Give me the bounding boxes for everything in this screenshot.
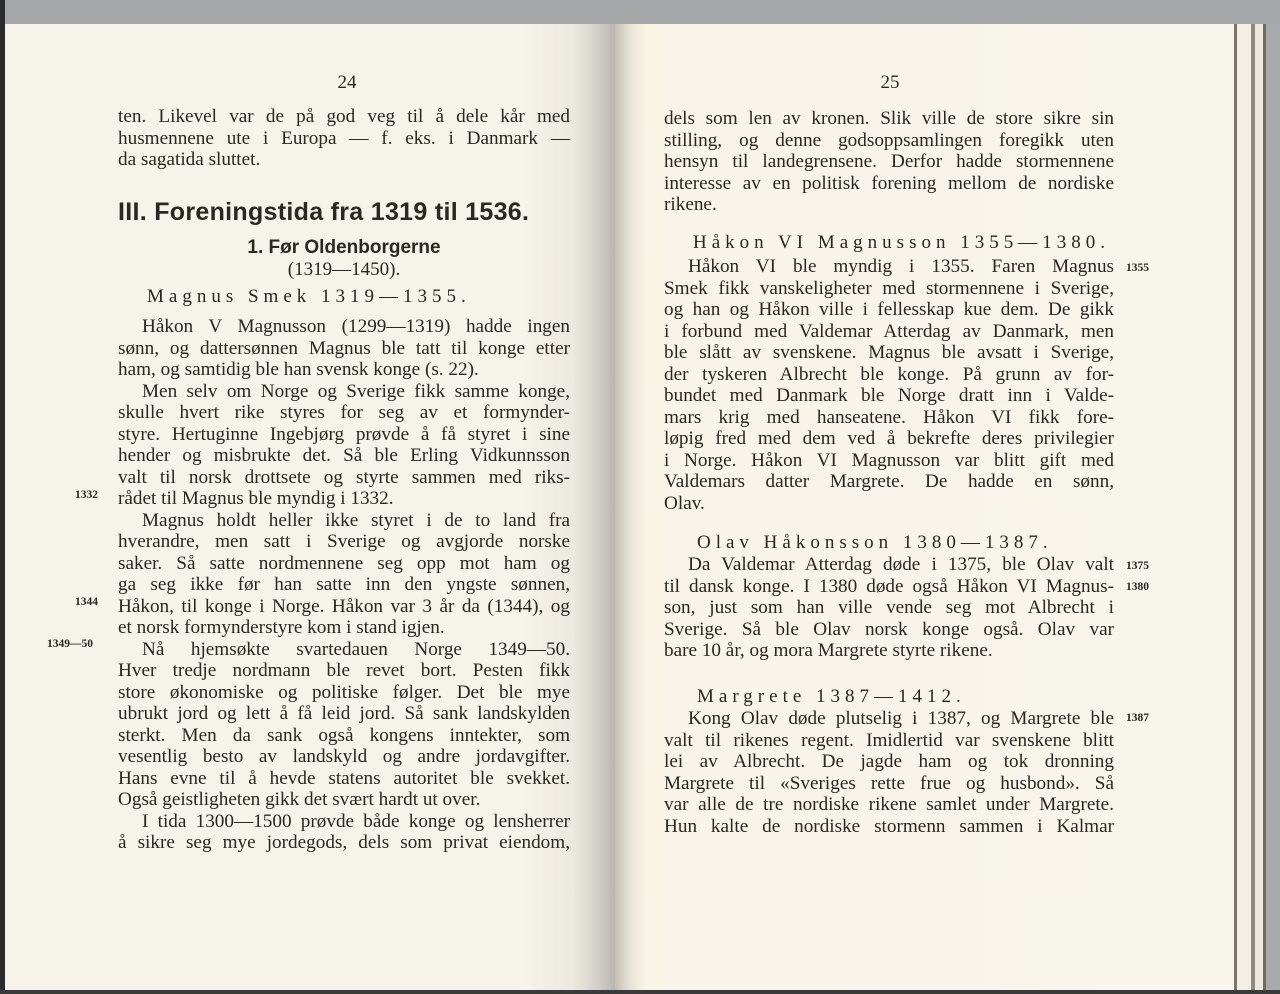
margin-note-year: 1349—50	[47, 638, 93, 650]
text-line: ubrukt jord og lett å få leid jord. Så s…	[118, 703, 570, 725]
text-line: hender og misbrukte det. Så ble Erling V…	[118, 445, 570, 467]
text-line: I tida 1300—1500 prøvde både konge og le…	[118, 811, 570, 833]
text-line: Da Valdemar Atterdag døde i 1375, ble Ol…	[664, 554, 1114, 576]
section-title: 1. Før Oldenborgerne	[118, 237, 570, 259]
text-line: vesentlig besto av landskyld og andre jo…	[118, 746, 570, 768]
scan-background-right	[1266, 24, 1280, 990]
text-line: rådet til Magnus ble myndig i 1332.	[118, 488, 570, 510]
text-line: hensyn til landegrensene. Derfor hadde s…	[664, 151, 1114, 173]
text-line: ham, og samtidig ble han svensk konge (s…	[118, 359, 570, 381]
margin-note-year: 1380	[1126, 581, 1149, 593]
section-dates: (1319—1450).	[118, 259, 570, 281]
chapter-title: III. Foreningstida fra 1319 til 1536.	[118, 198, 529, 227]
text-line: store økonomiske og politiske følger. De…	[118, 682, 570, 704]
left-body-text: Håkon V Magnusson (1299—1319) hadde inge…	[118, 316, 570, 854]
text-line: var alle de tre nordiske rikene samlet u…	[664, 794, 1114, 816]
page-edge	[1237, 24, 1251, 990]
scan-background-top	[0, 0, 1280, 24]
margin-note-year: 1332	[75, 489, 98, 501]
margin-note-year: 1344	[75, 596, 98, 608]
right-opening-paragraph: dels som len av kronen. Slik ville de st…	[664, 108, 1114, 216]
subsection-title: Håkon VI Magnusson 1355—1380.	[693, 232, 1110, 254]
text-line: i Norge. Håkon VI Magnusson var blitt gi…	[664, 450, 1114, 472]
section-body: Da Valdemar Atterdag døde i 1375, ble Ol…	[664, 554, 1114, 662]
margin-note-year: 1375	[1126, 560, 1149, 572]
text-line: hverandre, men satt i Sverige og avgjord…	[118, 531, 570, 553]
margin-note-year: 1355	[1126, 262, 1149, 274]
page-number-right: 25	[860, 72, 920, 94]
text-line: bundet med Danmark ble Norge dratt inn i…	[664, 385, 1114, 407]
text-line: Magnus holdt heller ikke styret i de to …	[118, 510, 570, 532]
text-line: der tyskeren Albrecht ble konge. På grun…	[664, 364, 1114, 386]
text-line: Nå hjemsøkte svartedauen Norge 1349—50.	[118, 639, 570, 661]
text-line: og han og Håkon ville i fellesskap kue d…	[664, 299, 1114, 321]
margin-note-year: 1387	[1126, 712, 1149, 724]
subsection-title: Margrete 1387—1412.	[697, 686, 966, 708]
text-line: bare 10 år, og mora Margrete styrte rike…	[664, 640, 1114, 662]
text-line: son, just som han ville vende seg mot Al…	[664, 597, 1114, 619]
text-line: i forbund med Valdemar Atterdag av Danma…	[664, 321, 1114, 343]
subsection-title: Olav Håkonsson 1380—1387.	[697, 532, 1053, 554]
text-line: Hun kalte de nordiske stormenn sammen i …	[664, 816, 1114, 838]
text-line: saker. Så satte nordmennene seg opp mot …	[118, 553, 570, 575]
section-body: Håkon VI ble myndig i 1355. Faren Magnus…	[664, 256, 1114, 514]
text-line: Sverige. Så ble Olav norsk konge også. O…	[664, 619, 1114, 641]
text-line: Hans evne til å hevde statens autoritet …	[118, 768, 570, 790]
subsection-title: Magnus Smek 1319—1355.	[147, 286, 471, 308]
text-line: et norsk formynderstyre kom i stand igje…	[118, 617, 570, 639]
page-number-left: 24	[317, 72, 377, 94]
text-line: å sikre seg mye jordegods, dels som priv…	[118, 832, 570, 854]
text-line: sønn, og dattersønnen Magnus ble tatt ti…	[118, 338, 570, 360]
text-line: Hver tredje nordmann ble revet bort. Pes…	[118, 660, 570, 682]
text-line: Olav.	[664, 493, 1114, 515]
text-line: rikene.	[664, 194, 1114, 216]
text-line: styre. Hertuginne Ingebjørg prøvde å få …	[118, 424, 570, 446]
text-line: mars krig med hanseatene. Håkon VI fikk …	[664, 407, 1114, 429]
left-opening-paragraph: ten. Likevel var de på god veg til å del…	[118, 106, 570, 171]
text-line: sterkt. Men da sank også kongens inntekt…	[118, 725, 570, 747]
text-line: ga seg ikke før han satte inn den yngste…	[118, 574, 570, 596]
text-line: ten. Likevel var de på god veg til å del…	[118, 106, 570, 128]
scan-background-bottom	[0, 990, 1280, 994]
text-line: Kong Olav døde plutselig i 1387, og Marg…	[664, 708, 1114, 730]
text-line: ble slått av svenskene. Magnus ble avsat…	[664, 342, 1114, 364]
text-line: til dansk konge. I 1380 døde også Håkon …	[664, 576, 1114, 598]
text-line: Margrete til «Sveriges rette frue og hus…	[664, 773, 1114, 795]
text-line: Håkon VI ble myndig i 1355. Faren Magnus	[664, 256, 1114, 278]
text-line: Også geistligheten gikk det svært hardt …	[118, 789, 570, 811]
page-edge	[1255, 24, 1263, 990]
text-line: Valdemars datter Margrete. De hadde en s…	[664, 471, 1114, 493]
text-line: husmennene ute i Europa — f. eks. i Danm…	[118, 128, 570, 150]
text-line: interesse av en politisk forening mellom…	[664, 173, 1114, 195]
section-body: Kong Olav døde plutselig i 1387, og Marg…	[664, 708, 1114, 837]
text-line: stilling, og denne godsoppsamlingen fore…	[664, 130, 1114, 152]
text-line: valt til rikenes regent. Imidlertid var …	[664, 730, 1114, 752]
text-line: skulle hvert rike styres for seg av et f…	[118, 402, 570, 424]
text-line: dels som len av kronen. Slik ville de st…	[664, 108, 1114, 130]
text-line: lei av Albrecht. De jagde ham og tok dro…	[664, 751, 1114, 773]
text-line: løpig fred med dem ved å bekrefte deres …	[664, 428, 1114, 450]
text-line: Håkon V Magnusson (1299—1319) hadde inge…	[118, 316, 570, 338]
text-line: Håkon, til konge i Norge. Håkon var 3 år…	[118, 596, 570, 618]
text-line: da sagatida sluttet.	[118, 149, 570, 171]
text-line: Men selv om Norge og Sverige fikk samme …	[118, 381, 570, 403]
text-line: Smek fikk vanskeligheter med stormennene…	[664, 278, 1114, 300]
text-line: valt til norsk drottsete og styrte samme…	[118, 467, 570, 489]
